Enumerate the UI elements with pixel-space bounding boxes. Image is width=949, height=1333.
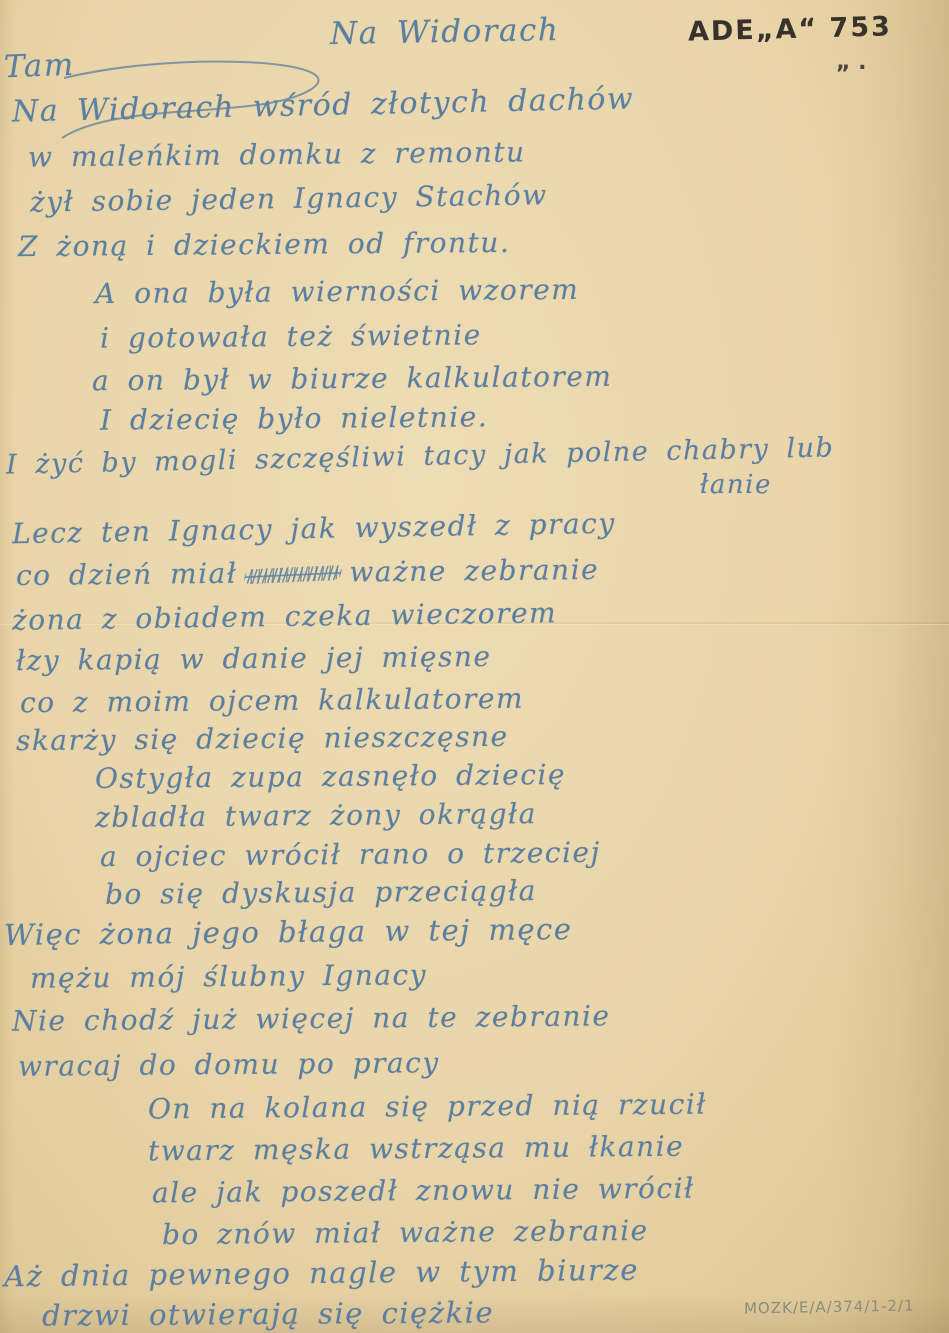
catalog-number: ADE„A“ 753: [688, 11, 893, 47]
poem-line: drzwi otwierają się ciężkie: [42, 1295, 494, 1332]
poem-line: co dzień miałważne zebranie: [16, 553, 599, 592]
poem-line: zbladła twarz żony okrągła: [95, 797, 537, 834]
poem-line: Ostygła zupa zasnęło dziecię: [95, 758, 566, 795]
page-title: Na Widorach: [330, 12, 560, 52]
poem-line: bo się dyskusja przeciągła: [105, 874, 537, 911]
poem-line: Z żoną i dzieckiem od frontu.: [18, 226, 511, 263]
poem-line: skarży się dziecię nieszczęsne: [16, 720, 509, 757]
poem-line: ale jak poszedł znowu nie wrócił: [152, 1172, 695, 1210]
poem-line: co z moim ojcem kalkulatorem: [20, 682, 524, 719]
poem-line: żona z obiadem czeka wieczorem: [12, 596, 558, 637]
poem-line: a ojciec wrócił rano o trzeciej: [100, 836, 601, 873]
catalog-quote-mark: „ .: [836, 50, 866, 75]
poem-line: On na kolana się przed nią rzucił: [148, 1088, 707, 1126]
poem-line: A ona była wierności wzorem: [95, 273, 580, 310]
poem-line-text: ważne zebranie: [349, 553, 599, 589]
poem-line: mężu mój ślubny Ignacy: [30, 958, 427, 994]
poem-line: bo znów miał ważne zebranie: [162, 1214, 649, 1251]
poem-line: Więc żona jego błaga w tej męce: [4, 912, 573, 952]
poem-line: żył sobie jeden Ignacy Stachów: [30, 178, 548, 218]
poem-line: twarz męska wstrząsa mu łkanie: [148, 1130, 684, 1168]
poem-line: i gotowała też świetnie: [100, 318, 482, 354]
poem-line: Nie chodź już więcej na te zebranie: [12, 999, 611, 1037]
archive-number: MOZK/E/A/374/1-2/1: [744, 1297, 915, 1318]
poem-line: wracaj do domu po pracy: [18, 1046, 440, 1083]
poem-line: Lecz ten Ignacy jak wyszedł z pracy: [12, 507, 616, 551]
poem-line: Aż dnia pewnego nagle w tym biurze: [4, 1253, 639, 1294]
crossed-out-word-scribble: [243, 565, 343, 584]
poem-line: a on był w biurze kalkulatorem: [92, 360, 613, 398]
poem-line: I dziecię było nieletnie.: [100, 400, 488, 436]
poem-line: w maleńkim domku z remontu: [28, 135, 526, 173]
poem-line: łanie: [700, 470, 772, 500]
poem-line-text: co dzień miał: [16, 557, 238, 592]
poem-line: łzy kapią w danie jej mięsne: [16, 640, 492, 677]
manuscript-page: Na Widorach ADE„A“ 753 „ . Tam Na Widora…: [0, 0, 949, 1333]
